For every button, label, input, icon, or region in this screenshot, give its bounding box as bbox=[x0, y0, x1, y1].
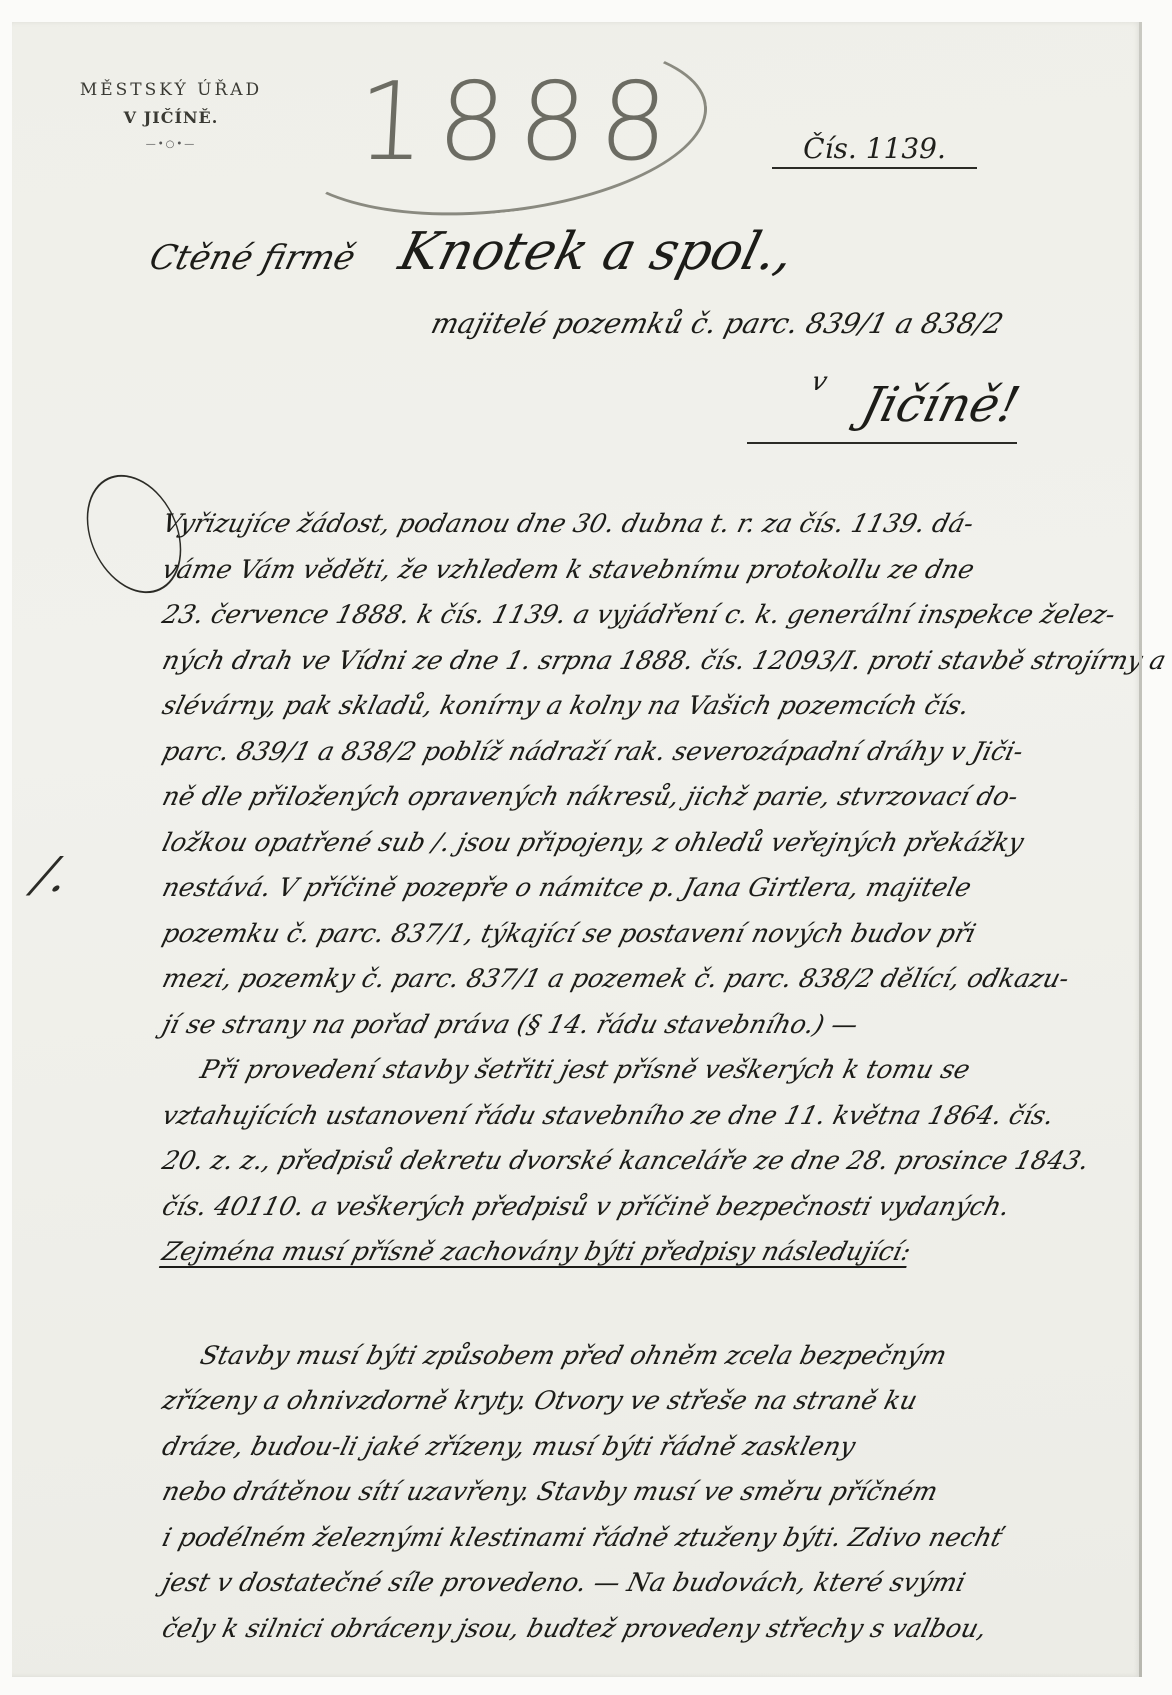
firm-name: Knotek a spol., bbox=[393, 222, 800, 282]
body-line: ložkou opatřené sub /. jsou připojeny, z… bbox=[157, 821, 1118, 867]
body-line: dráze, budou-li jaké zřízeny, musí býti … bbox=[157, 1425, 1118, 1471]
letterhead-office: MĚSTSKÝ ÚŘAD bbox=[56, 80, 286, 100]
letter-body: Vyřizujíce žádost, podanou dne 30. dubna… bbox=[157, 502, 1107, 1652]
body-line: parc. 839/1 a 838/2 poblíž nádraží rak. … bbox=[157, 730, 1118, 776]
letter-page: MĚSTSKÝ ÚŘAD V JIČÍNĚ. —•○•— 1888 Čís. 1… bbox=[12, 22, 1142, 1677]
letterhead-ornament-icon: —•○•— bbox=[56, 139, 286, 150]
body-line-underlined: Zejména musí přísně zachovány býti předp… bbox=[157, 1230, 1118, 1276]
reference-number: Čís. 1139. bbox=[772, 132, 977, 169]
body-line: Stavby musí býti způsobem před ohněm zce… bbox=[157, 1334, 1118, 1380]
body-line: jest v dostatečné síle provedeno. — Na b… bbox=[157, 1561, 1118, 1607]
body-line: jí se strany na pořad práva (§ 14. řádu … bbox=[157, 1003, 1118, 1049]
body-line: slévárny, pak skladů, konírny a kolny na… bbox=[157, 684, 1118, 730]
body-line: 20. z. z., předpisů dekretu dvorské kanc… bbox=[157, 1139, 1118, 1185]
body-line: nestává. V příčině pozepře o námitce p. … bbox=[157, 866, 1118, 912]
address-salutation-line: Ctěné firmě Knotek a spol., bbox=[145, 222, 801, 282]
letterhead-town: V JIČÍNĚ. bbox=[56, 108, 286, 127]
body-line: ných drah ve Vídni ze dne 1. srpna 1888.… bbox=[157, 639, 1118, 685]
body-line: i podélném železnými klestinami řádně zt… bbox=[157, 1516, 1118, 1562]
address-place: Jičíně! bbox=[814, 377, 1065, 439]
body-line: čís. 40110. a veškerých předpisů v příči… bbox=[157, 1185, 1118, 1231]
address-underline bbox=[747, 442, 1017, 444]
margin-attachment-mark: /. bbox=[27, 847, 79, 903]
body-line: vztahujících ustanovení řádu stavebního … bbox=[157, 1094, 1118, 1140]
body-line: Vyřizujíce žádost, podanou dne 30. dubna… bbox=[157, 502, 1118, 548]
body-line: mezi, pozemky č. parc. 837/1 a pozemek č… bbox=[157, 957, 1118, 1003]
body-line: čely k silnici obráceny jsou, budtež pro… bbox=[157, 1607, 1118, 1653]
address-owners: majitelé pozemků č. parc. 839/1 a 838/2 bbox=[428, 307, 1007, 340]
letterhead: MĚSTSKÝ ÚŘAD V JIČÍNĚ. —•○•— bbox=[56, 80, 286, 150]
body-line: váme Vám věděti, že vzhledem k stavebním… bbox=[157, 548, 1118, 594]
body-line-underlined: ně dle přiložených opravených nákresů, j… bbox=[157, 775, 1118, 821]
body-line: pozemku č. parc. 837/1, týkající se post… bbox=[157, 912, 1118, 958]
body-line: zřízeny a ohnivzdorně kryty. Otvory ve s… bbox=[157, 1379, 1118, 1425]
year-annotation: 1888 bbox=[354, 60, 683, 185]
body-line: 23. července 1888. k čís. 1139. a vyjádř… bbox=[157, 593, 1118, 639]
salutation: Ctěné firmě bbox=[146, 238, 360, 278]
body-line: Při provedení stavby šetřiti jest přísně… bbox=[157, 1048, 1118, 1094]
body-line: nebo drátěnou sítí uzavřeny. Stavby musí… bbox=[157, 1470, 1118, 1516]
paragraph-gap bbox=[157, 1276, 1121, 1334]
